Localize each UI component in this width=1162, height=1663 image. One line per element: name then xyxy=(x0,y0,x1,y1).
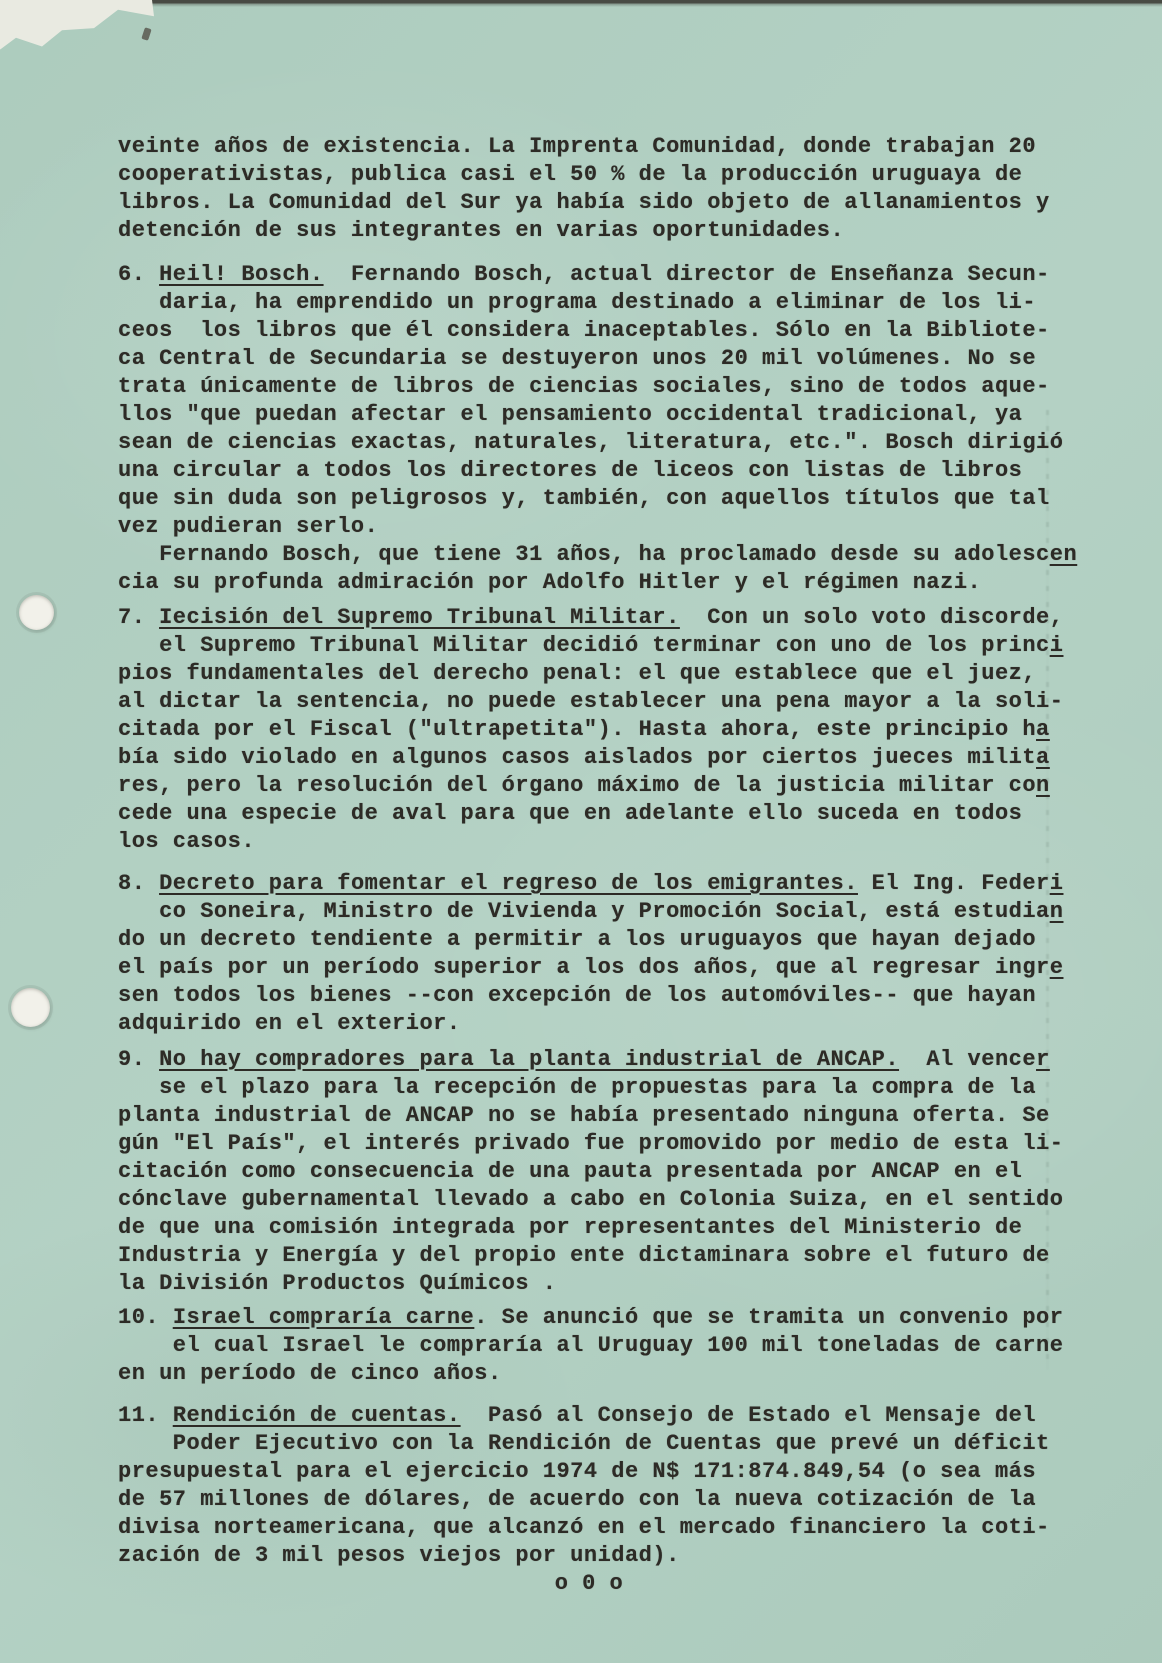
text-segment: cia su profunda admiración por Adolfo Hi… xyxy=(118,570,981,595)
text-line: bía sido violado en algunos casos aislad… xyxy=(118,744,1122,772)
text-segment: 9. xyxy=(118,1047,159,1072)
text-segment: citación como consecuencia de una pauta … xyxy=(118,1159,1022,1184)
text-line: veinte años de existencia. La Imprenta C… xyxy=(118,133,1122,161)
text-line: 11. Rendición de cuentas. Pasó al Consej… xyxy=(118,1402,1122,1430)
underlined-text: a xyxy=(1036,745,1050,770)
text-segment: Al vence xyxy=(899,1047,1036,1072)
text-line: presupuestal para el ejercicio 1974 de N… xyxy=(118,1458,1122,1486)
text-line: zación de 3 mil pesos viejos por unidad)… xyxy=(118,1542,1122,1570)
text-segment: res, pero la resolución del órgano máxim… xyxy=(118,773,1036,798)
text-segment: vez pudieran serlo. xyxy=(118,514,378,539)
text-content: veinte años de existencia. La Imprenta C… xyxy=(118,133,1122,1570)
text-line: el país por un período superior a los do… xyxy=(118,954,1122,982)
text-segment: El Ing. Feder xyxy=(858,871,1050,896)
text-line: sean de ciencias exactas, naturales, lit… xyxy=(118,429,1122,457)
text-segment: Industria y Energía y del propio ente di… xyxy=(118,1243,1050,1268)
text-line: gún "El País", el interés privado fue pr… xyxy=(118,1130,1122,1158)
underlined-text: r xyxy=(1036,1047,1050,1072)
text-segment: Con un solo voto discorde, xyxy=(680,605,1064,630)
text-line: de 57 millones de dólares, de acuerdo co… xyxy=(118,1486,1122,1514)
text-line: citada por el Fiscal ("ultrapetita"). Ha… xyxy=(118,716,1122,744)
text-line: cia su profunda admiración por Adolfo Hi… xyxy=(118,569,1122,597)
underlined-text: Israel compraría carne xyxy=(173,1305,474,1330)
text-segment: que sin duda son peligrosos y, también, … xyxy=(118,486,1050,511)
text-segment: libros. La Comunidad del Sur ya había si… xyxy=(118,190,1050,215)
text-segment: detención de sus integrantes en varias o… xyxy=(118,218,844,243)
text-segment: de 57 millones de dólares, de acuerdo co… xyxy=(118,1487,1036,1512)
text-segment: . Se anunció que se tramita un convenio … xyxy=(474,1305,1063,1330)
text-segment: al dictar la sentencia, no puede estable… xyxy=(118,689,1063,714)
item-paragraph-8: 8. Decreto para fomentar el regreso de l… xyxy=(118,870,1122,1038)
text-line: planta industrial de ANCAP no se había p… xyxy=(118,1102,1122,1130)
text-segment: el país por un período superior a los do… xyxy=(118,955,1050,980)
underlined-text: e xyxy=(1050,955,1064,980)
text-segment: planta industrial de ANCAP no se había p… xyxy=(118,1103,1050,1128)
text-segment: sen todos los bienes --con excepción de … xyxy=(118,983,1036,1008)
underlined-text: a xyxy=(1036,717,1050,742)
text-line: los casos. xyxy=(118,828,1122,856)
text-line: citación como consecuencia de una pauta … xyxy=(118,1158,1122,1186)
text-segment: 8. xyxy=(118,871,159,896)
underlined-text: n xyxy=(1036,773,1050,798)
item-paragraph-11: 11. Rendición de cuentas. Pasó al Consej… xyxy=(118,1402,1122,1570)
text-segment: la División Productos Químicos . xyxy=(118,1271,556,1296)
text-segment: los casos. xyxy=(118,829,255,854)
text-line: el cual Israel le compraría al Uruguay 1… xyxy=(118,1332,1122,1360)
text-line: al dictar la sentencia, no puede estable… xyxy=(118,688,1122,716)
text-segment: cede una especie de aval para que en ade… xyxy=(118,801,1022,826)
text-line: detención de sus integrantes en varias o… xyxy=(118,217,1122,245)
text-segment: Pasó al Consejo de Estado el Mensaje del xyxy=(461,1403,1037,1428)
text-segment: llos "que puedan afectar el pensamiento … xyxy=(118,402,1022,427)
text-segment: bía sido violado en algunos casos aislad… xyxy=(118,745,1036,770)
text-segment: do un decreto tendiente a permitir a los… xyxy=(118,927,1036,952)
text-segment: adquirido en el exterior. xyxy=(118,1011,461,1036)
text-segment: sean de ciencias exactas, naturales, lit… xyxy=(118,430,1063,455)
text-line: que sin duda son peligrosos y, también, … xyxy=(118,485,1122,513)
underlined-text: Heil! Bosch. xyxy=(159,262,323,287)
text-segment: el cual Israel le compraría al Uruguay 1… xyxy=(118,1333,1063,1358)
text-segment: 10. xyxy=(118,1305,173,1330)
text-segment: una circular a todos los directores de l… xyxy=(118,458,1022,483)
text-segment: 6. xyxy=(118,262,159,287)
item-paragraph-6: 6. Heil! Bosch. Fernando Bosch, actual d… xyxy=(118,261,1122,597)
text-line: Industria y Energía y del propio ente di… xyxy=(118,1242,1122,1270)
text-line: cede una especie de aval para que en ade… xyxy=(118,800,1122,828)
text-line: 7. Iecisión del Supremo Tribunal Militar… xyxy=(118,604,1122,632)
text-line: co Soneira, Ministro de Vivienda y Promo… xyxy=(118,898,1122,926)
text-segment: daria, ha emprendido un programa destina… xyxy=(118,290,1036,315)
text-line: llos "que puedan afectar el pensamiento … xyxy=(118,401,1122,429)
text-segment: Poder Ejecutivo con la Rendición de Cuen… xyxy=(118,1431,1050,1456)
text-segment: Fernando Bosch, que tiene 31 años, ha pr… xyxy=(118,542,1050,567)
text-line: 8. Decreto para fomentar el regreso de l… xyxy=(118,870,1122,898)
text-segment: gún "El País", el interés privado fue pr… xyxy=(118,1131,1063,1156)
text-line: la División Productos Químicos . xyxy=(118,1270,1122,1298)
text-line: ceos los libros que él considera inacept… xyxy=(118,317,1122,345)
item-paragraph-10: 10. Israel compraría carne. Se anunció q… xyxy=(118,1304,1122,1388)
text-line: trata únicamente de libros de ciencias s… xyxy=(118,373,1122,401)
text-line: una circular a todos los directores de l… xyxy=(118,457,1122,485)
underlined-text: No hay compradores para la planta indust… xyxy=(159,1047,899,1072)
text-line: se el plazo para la recepción de propues… xyxy=(118,1074,1122,1102)
text-segment: citada por el Fiscal ("ultrapetita"). Ha… xyxy=(118,717,1036,742)
text-segment: presupuestal para el ejercicio 1974 de N… xyxy=(118,1459,1036,1484)
text-line: Fernando Bosch, que tiene 31 años, ha pr… xyxy=(118,541,1122,569)
underlined-text: i xyxy=(1050,633,1064,658)
text-line: en un período de cinco años. xyxy=(118,1360,1122,1388)
underlined-text: Rendición de cuentas. xyxy=(173,1403,461,1428)
text-segment: zación de 3 mil pesos viejos por unidad)… xyxy=(118,1543,680,1568)
text-segment: pios fundamentales del derecho penal: el… xyxy=(118,661,1036,686)
text-line: res, pero la resolución del órgano máxim… xyxy=(118,772,1122,800)
text-segment: 7. xyxy=(118,605,159,630)
text-line: cónclave gubernamental llevado a cabo en… xyxy=(118,1186,1122,1214)
underlined-text: n xyxy=(1050,899,1064,924)
text-line: libros. La Comunidad del Sur ya había si… xyxy=(118,189,1122,217)
text-line: 10. Israel compraría carne. Se anunció q… xyxy=(118,1304,1122,1332)
text-line: de que una comisión integrada por repres… xyxy=(118,1214,1122,1242)
text-segment: cooperativistas, publica casi el 50 % de… xyxy=(118,162,1022,187)
underlined-text: Iecisión del Supremo Tribunal Militar. xyxy=(159,605,680,630)
item-paragraph-9: 9. No hay compradores para la planta ind… xyxy=(118,1046,1122,1298)
text-line: el Supremo Tribunal Militar decidió term… xyxy=(118,632,1122,660)
text-line: daria, ha emprendido un programa destina… xyxy=(118,289,1122,317)
footer-ornament: o 0 o xyxy=(118,1570,1060,1598)
text-line: cooperativistas, publica casi el 50 % de… xyxy=(118,161,1122,189)
text-segment: trata únicamente de libros de ciencias s… xyxy=(118,374,1050,399)
text-line: 6. Heil! Bosch. Fernando Bosch, actual d… xyxy=(118,261,1122,289)
text-line: divisa norteamericana, que alcanzó en el… xyxy=(118,1514,1122,1542)
text-segment: Fernando Bosch, actual director de Enseñ… xyxy=(324,262,1050,287)
text-segment: divisa norteamericana, que alcanzó en el… xyxy=(118,1515,1050,1540)
document-page: veinte años de existencia. La Imprenta C… xyxy=(0,0,1162,1663)
text-segment: ca Central de Secundaria se destuyeron u… xyxy=(118,346,1036,371)
text-line: do un decreto tendiente a permitir a los… xyxy=(118,926,1122,954)
text-line: Poder Ejecutivo con la Rendición de Cuen… xyxy=(118,1430,1122,1458)
text-line: vez pudieran serlo. xyxy=(118,513,1122,541)
text-line: sen todos los bienes --con excepción de … xyxy=(118,982,1122,1010)
underlined-text: i xyxy=(1050,871,1064,896)
text-segment: 11. xyxy=(118,1403,173,1428)
text-line: pios fundamentales del derecho penal: el… xyxy=(118,660,1122,688)
text-segment: se el plazo para la recepción de propues… xyxy=(118,1075,1036,1100)
underlined-text: Decreto para fomentar el regreso de los … xyxy=(159,871,858,896)
text-segment: cónclave gubernamental llevado a cabo en… xyxy=(118,1187,1063,1212)
text-line: ca Central de Secundaria se destuyeron u… xyxy=(118,345,1122,373)
underlined-text: en xyxy=(1050,542,1077,567)
text-segment: co Soneira, Ministro de Vivienda y Promo… xyxy=(118,899,1050,924)
item-paragraph-7: 7. Iecisión del Supremo Tribunal Militar… xyxy=(118,604,1122,856)
text-segment: el Supremo Tribunal Militar decidió term… xyxy=(118,633,1050,658)
intro-paragraph: veinte años de existencia. La Imprenta C… xyxy=(118,133,1122,245)
text-segment: de que una comisión integrada por repres… xyxy=(118,1215,1022,1240)
text-line: 9. No hay compradores para la planta ind… xyxy=(118,1046,1122,1074)
text-segment: ceos los libros que él considera inacept… xyxy=(118,318,1050,343)
text-segment: veinte años de existencia. La Imprenta C… xyxy=(118,134,1036,159)
text-segment: en un período de cinco años. xyxy=(118,1361,502,1386)
text-line: adquirido en el exterior. xyxy=(118,1010,1122,1038)
